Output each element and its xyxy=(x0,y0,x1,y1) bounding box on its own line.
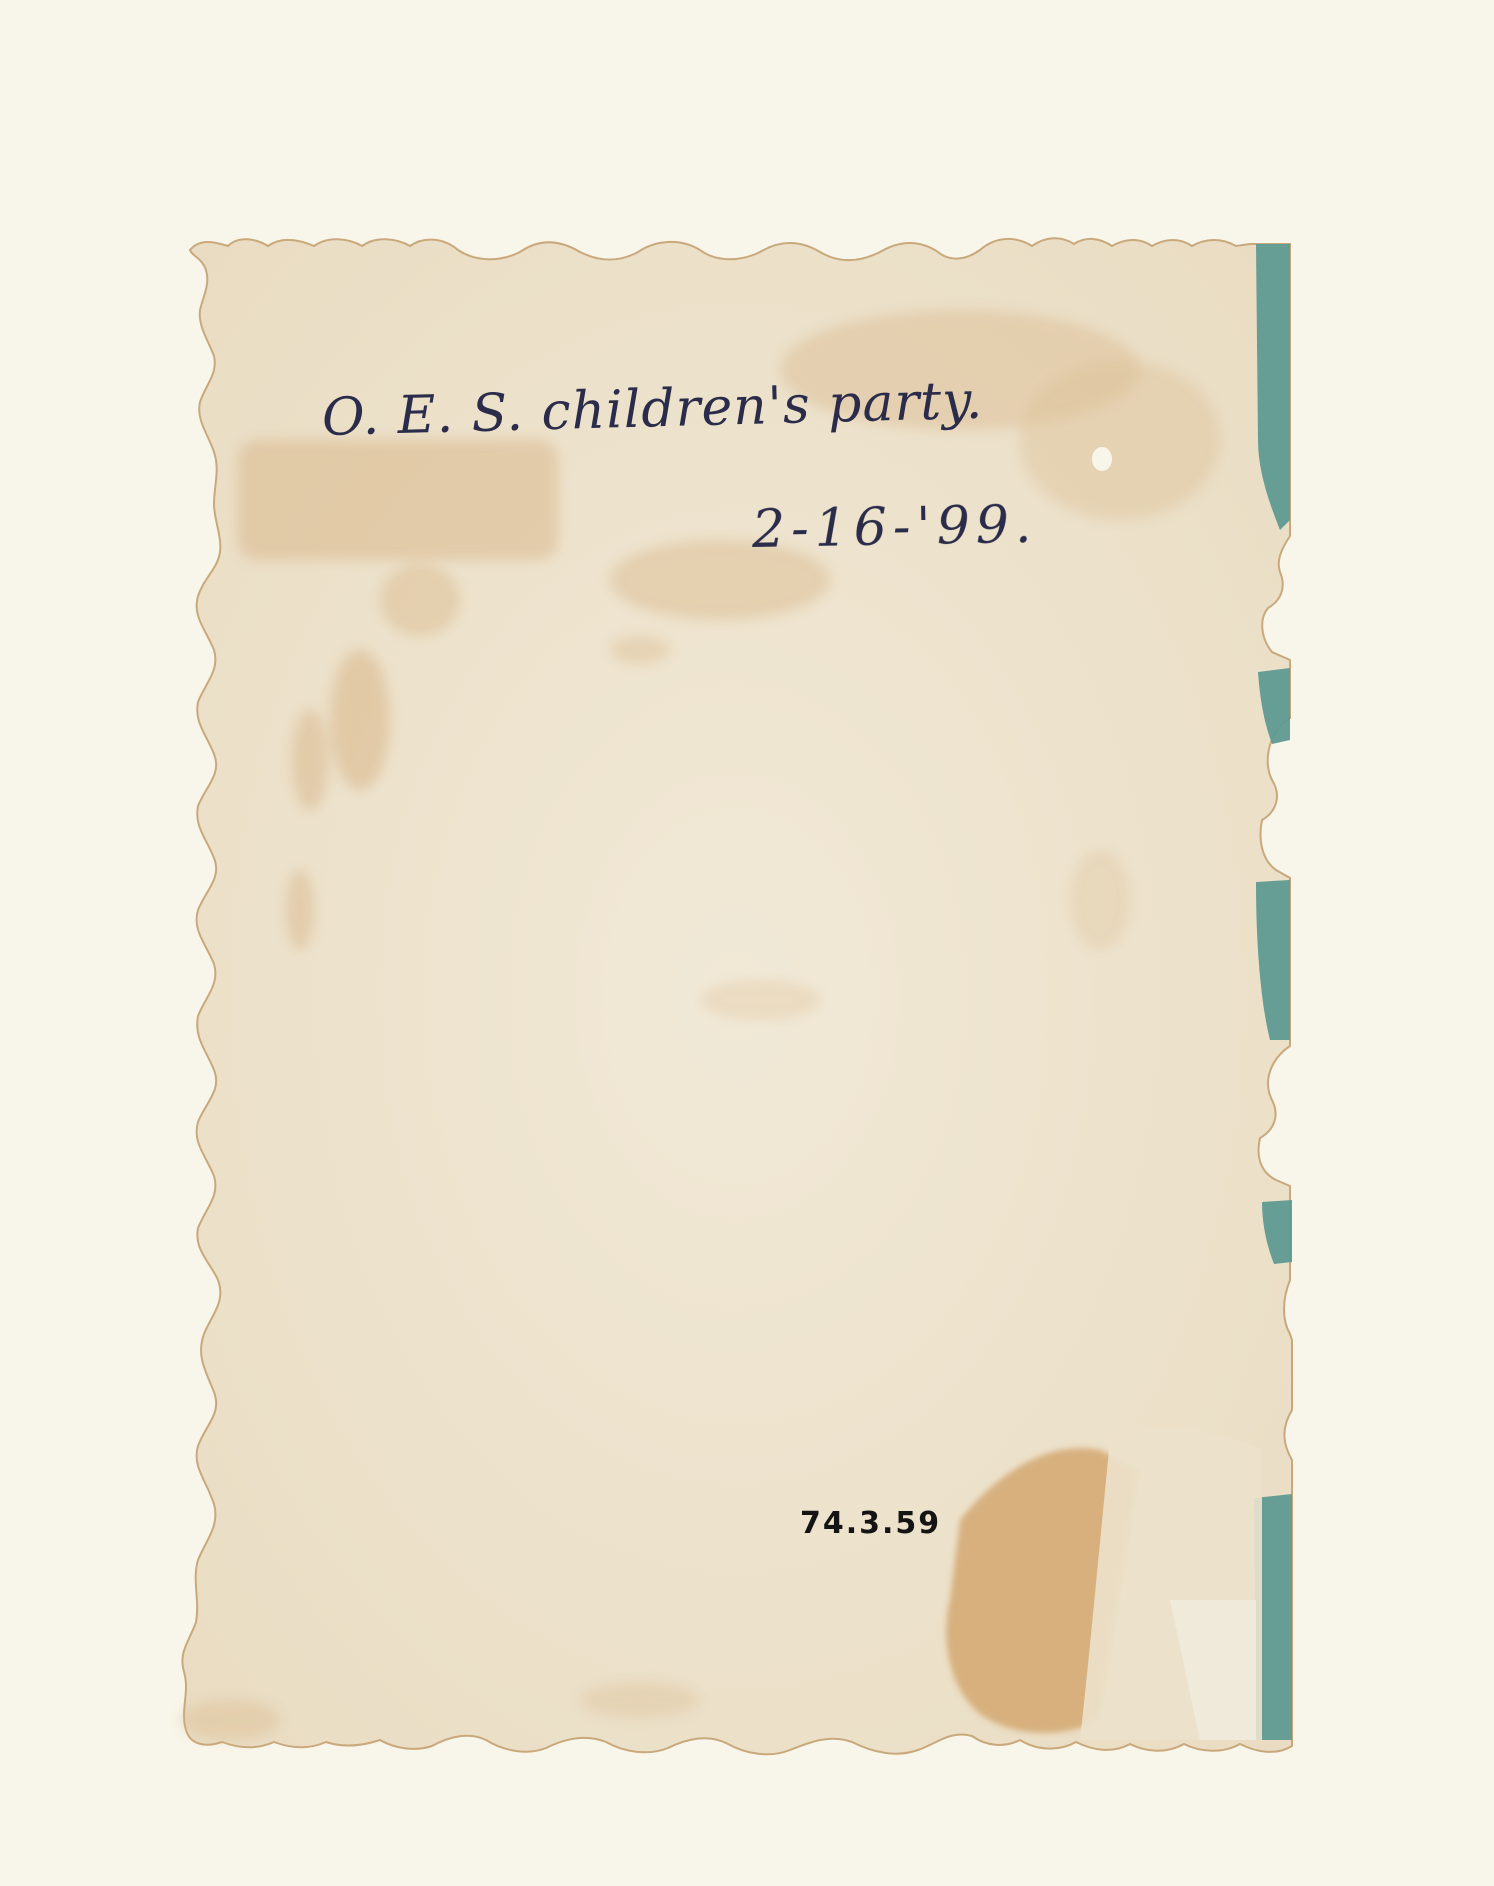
card-shape xyxy=(0,0,1494,1886)
punch-hole xyxy=(1092,447,1112,471)
handwritten-date: 2-16-'99. xyxy=(751,495,1037,560)
scanned-card-page: O. E. S. children's party. 2-16-'99. 74.… xyxy=(0,0,1494,1886)
catalog-number: 74.3.59 xyxy=(800,1506,941,1541)
